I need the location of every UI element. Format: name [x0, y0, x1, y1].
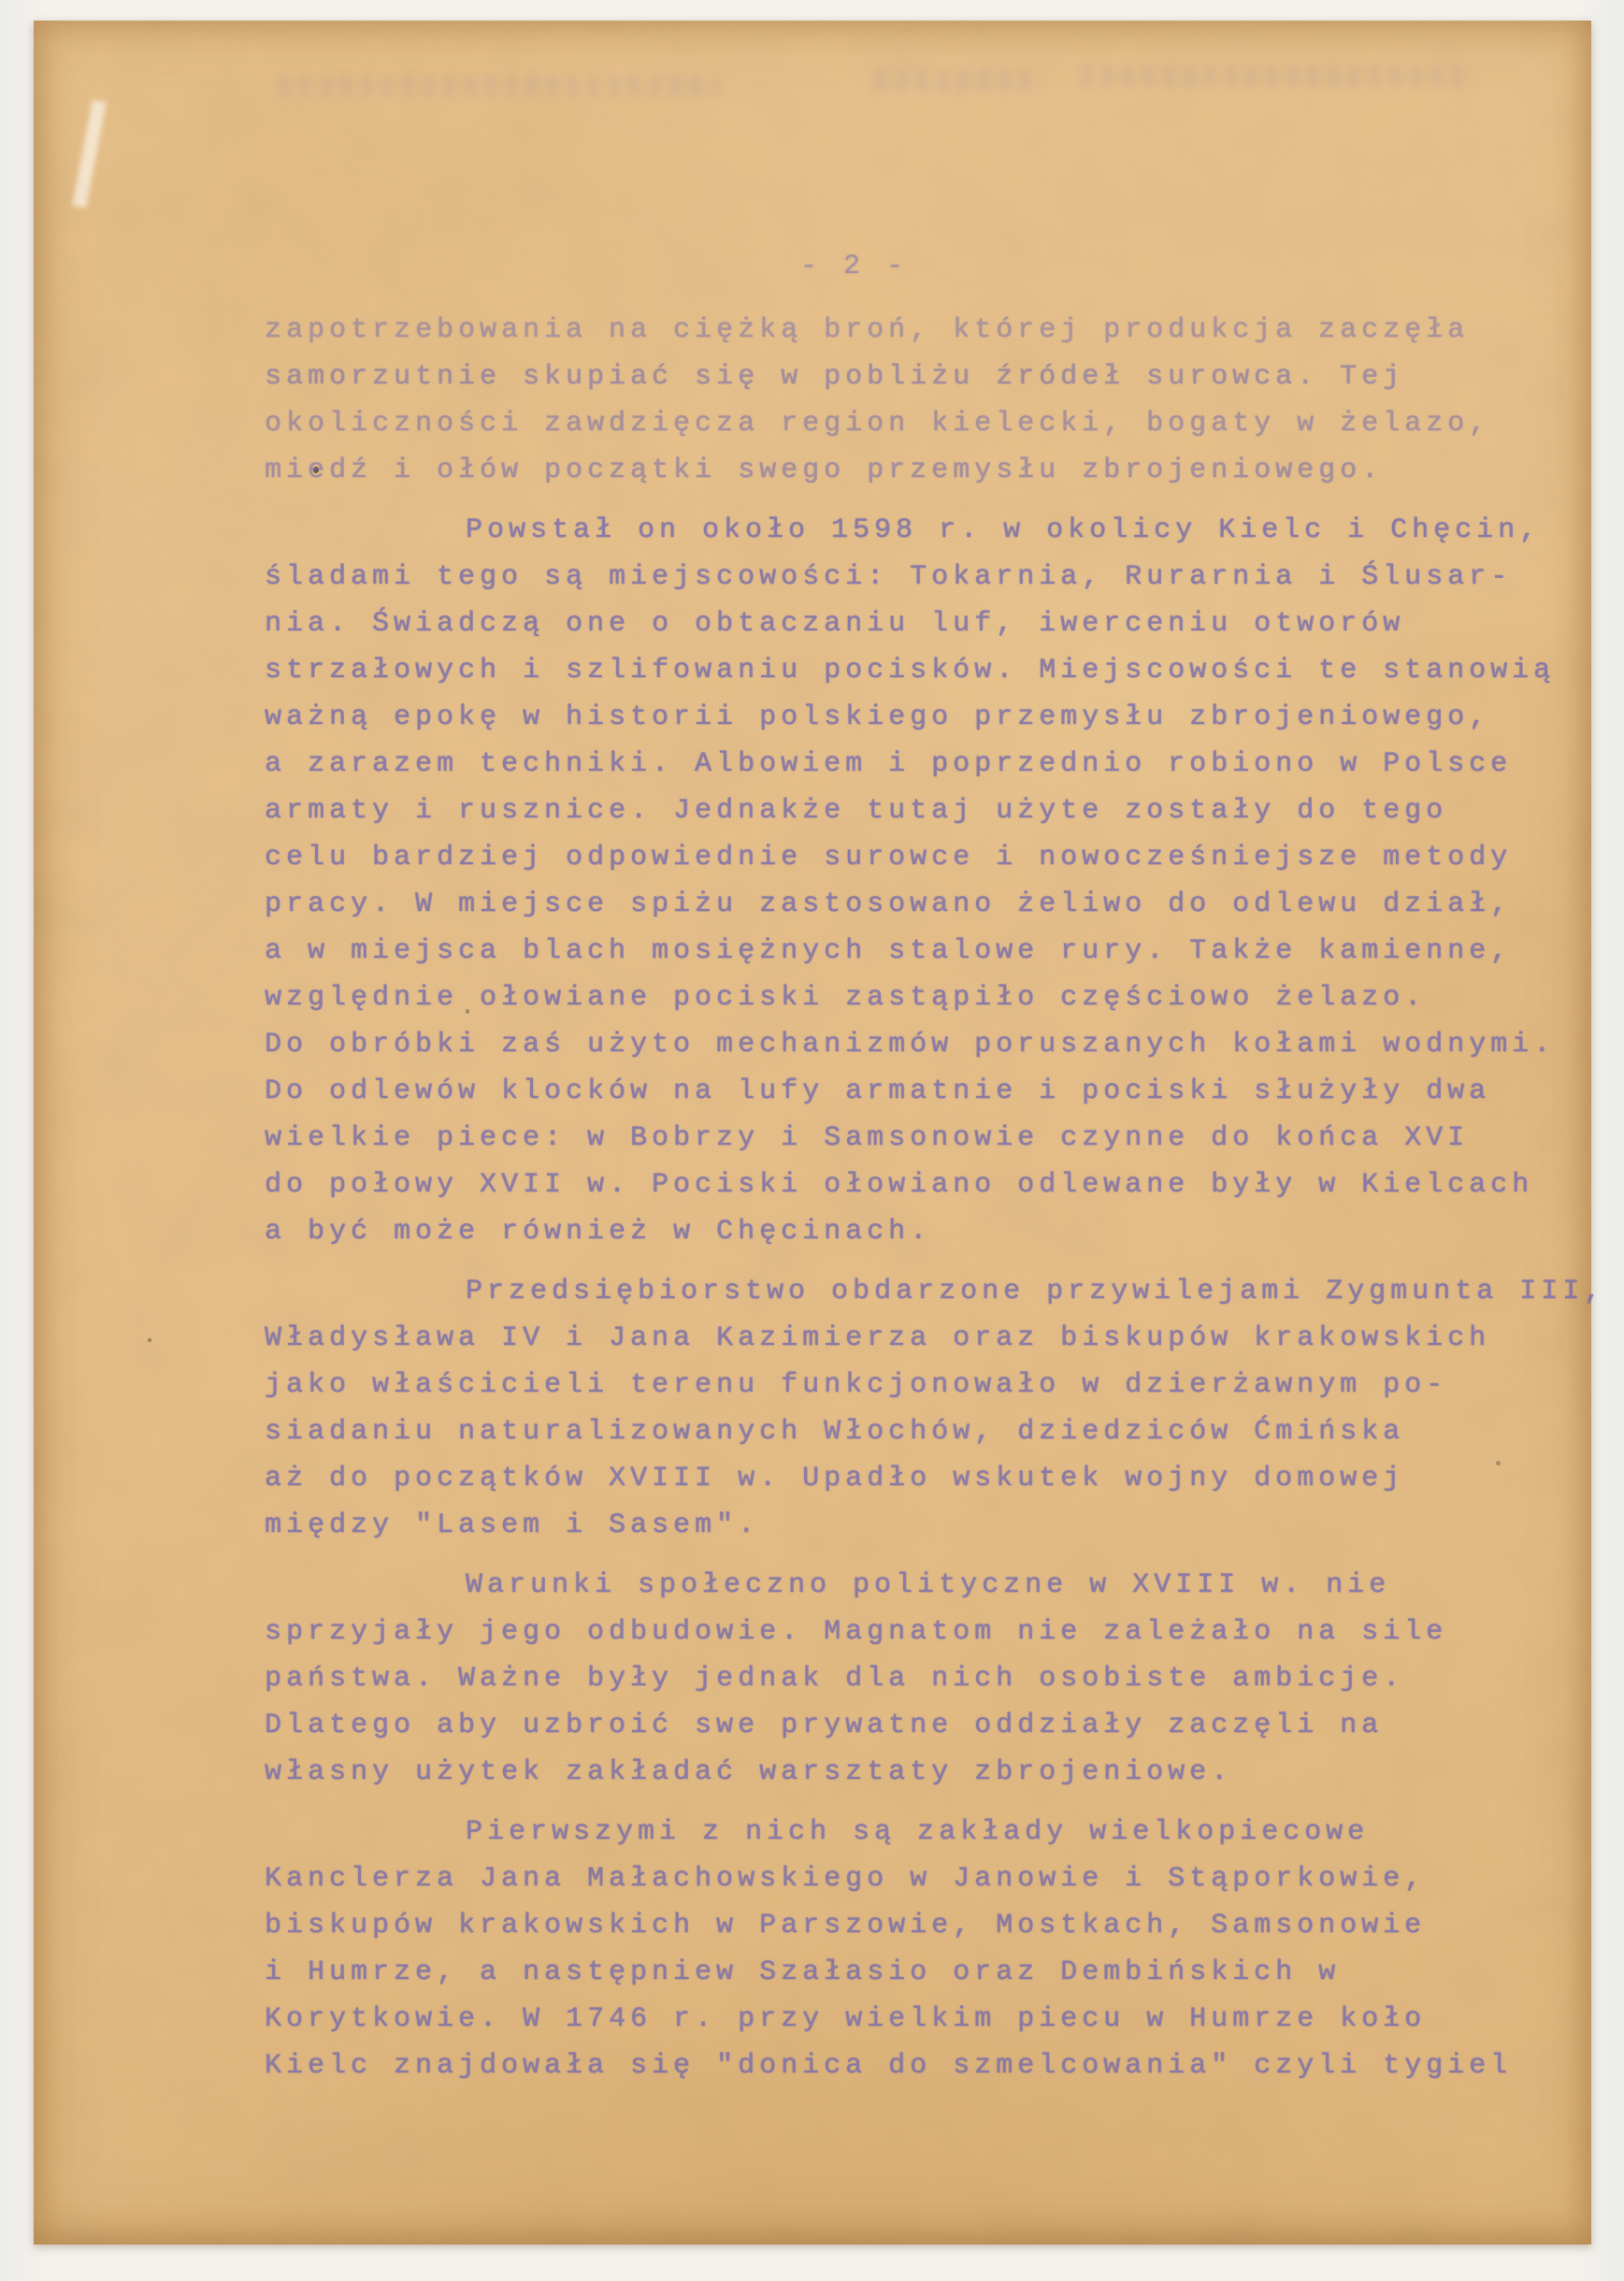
text-line: Warunki społeczno polityczne w XVIII w. …: [265, 1562, 1564, 1609]
paper-crease: [72, 100, 107, 209]
text-line: pracy. W miejsce spiżu zastosowano żeliw…: [265, 881, 1564, 928]
text-line: strzałowych i szlifowaniu pocisków. Miej…: [265, 647, 1564, 694]
text-line: a zarazem techniki. Albowiem i poprzedni…: [265, 741, 1564, 787]
text-line: celu bardziej odpowiednie surowce i nowo…: [265, 834, 1564, 881]
text-line: wielkie piece: w Bobrzy i Samsonowie czy…: [265, 1115, 1564, 1162]
typewritten-content: - 2 - zapotrzebowania na ciężką broń, kt…: [265, 243, 1564, 2089]
text-line: a być może również w Chęcinach.: [265, 1208, 1564, 1255]
ghost-offset-text: [1081, 65, 1473, 88]
text-line: Do odlewów klocków na lufy armatnie i po…: [265, 1068, 1564, 1115]
text-line: sprzyjały jego odbudowie. Magnatom nie z…: [265, 1609, 1564, 1655]
text-line: ważną epokę w historii polskiego przemys…: [265, 694, 1564, 741]
text-line: biskupów krakowskich w Parszowie, Mostka…: [265, 1902, 1564, 1949]
text-line: państwa. Ważne były jednak dla nich osob…: [265, 1655, 1564, 1702]
document-page: - 2 - zapotrzebowania na ciężką broń, kt…: [34, 21, 1591, 2245]
text-line: śladami tego są miejscowości: Tokarnia, …: [265, 554, 1564, 600]
text-line: do połowy XVII w. Pociski ołowiano odlew…: [265, 1162, 1564, 1208]
paragraph: Pierwszymi z nich są zakłady wielkopieco…: [265, 1809, 1564, 2089]
text-line: Przedsiębiorstwo obdarzone przywilejami …: [265, 1268, 1564, 1315]
ghost-offset-text: [875, 69, 1043, 92]
text-line: samorzutnie skupiać się w pobliżu źródeł…: [265, 354, 1564, 400]
text-line: Dlatego aby uzbroić swe prywatne oddział…: [265, 1702, 1564, 1749]
text-line: Korytkowie. W 1746 r. przy wielkim piecu…: [265, 1996, 1564, 2043]
text-line: armaty i rusznice. Jednakże tutaj użyte …: [265, 787, 1564, 834]
text-line: nia. Świadczą one o obtaczaniu luf, iwer…: [265, 600, 1564, 647]
text-line: między "Lasem i Sasem".: [265, 1502, 1564, 1549]
text-line: Władysława IV i Jana Kazimierza oraz bis…: [265, 1315, 1564, 1362]
text-line: Kielc znajdowała się "donica do szmelcow…: [265, 2043, 1564, 2089]
text-line: jako właścicieli terenu funkcjonowało w …: [265, 1362, 1564, 1408]
paper-speck: [148, 1338, 151, 1342]
body-text: zapotrzebowania na ciężką broń, której p…: [265, 307, 1564, 2089]
text-line: Powstał on około 1598 r. w okolicy Kielc…: [265, 507, 1564, 554]
text-line: własny użytek zakładać warsztaty zbrojen…: [265, 1749, 1564, 1796]
text-line: Do obróbki zaś użyto mechanizmów porusza…: [265, 1021, 1564, 1068]
text-line: aż do początków XVIII w. Upadło wskutek …: [265, 1455, 1564, 1502]
paragraph: zapotrzebowania na ciężką broń, której p…: [265, 307, 1564, 494]
page-number: - 2 -: [265, 243, 1564, 290]
text-line: miedź i ołów początki swego przemysłu zb…: [265, 447, 1564, 494]
paragraph: Warunki społeczno polityczne w XVIII w. …: [265, 1562, 1564, 1796]
text-line: Pierwszymi z nich są zakłady wielkopieco…: [265, 1809, 1564, 1855]
text-line: Kanclerza Jana Małachowskiego w Janowie …: [265, 1855, 1564, 1902]
text-line: okoliczności zawdzięcza region kielecki,…: [265, 400, 1564, 447]
text-line: a w miejsca blach mosiężnych stalowe rur…: [265, 928, 1564, 974]
paragraph: Powstał on około 1598 r. w okolicy Kielc…: [265, 507, 1564, 1255]
text-line: zapotrzebowania na ciężką broń, której p…: [265, 307, 1564, 354]
text-line: i Humrze, a następniew Szałasio oraz Dem…: [265, 1949, 1564, 1996]
text-line: siadaniu naturalizowanych Włochów, dzied…: [265, 1408, 1564, 1455]
paragraph: Przedsiębiorstwo obdarzone przywilejami …: [265, 1268, 1564, 1549]
text-line: względnie ołowiane pociski zastąpiło czę…: [265, 974, 1564, 1021]
ghost-offset-text: [279, 75, 718, 97]
